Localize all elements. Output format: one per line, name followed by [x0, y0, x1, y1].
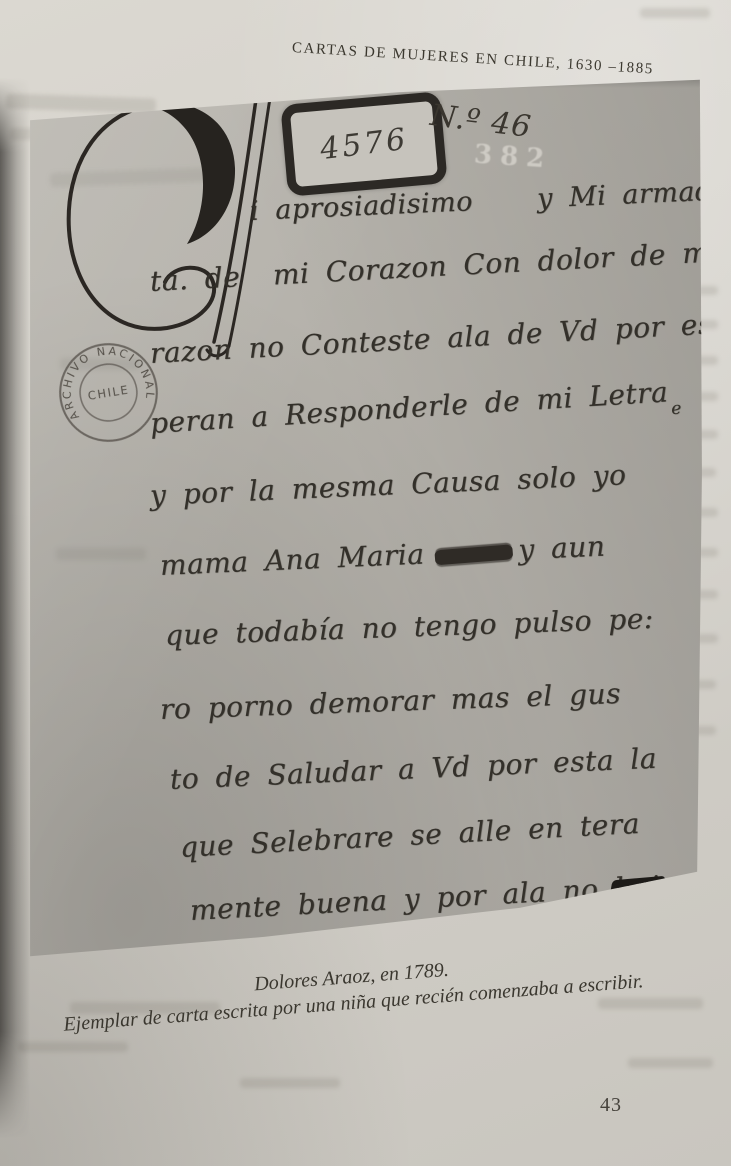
manuscript-line-11: mente buena y por ala no hai	[189, 869, 661, 927]
manuscript-line-5: y por la mesma Causa solo yo	[149, 458, 627, 512]
manuscript-line-10: que Selebrare se alle en tera	[179, 807, 640, 864]
running-header: CARTAS DE MUJERES EN CHILE, 1630 –1885	[291, 40, 681, 80]
document-number: N.º 46	[428, 98, 533, 145]
bleedthrough-smudge	[240, 1078, 340, 1088]
bleedthrough-smudge	[628, 1058, 713, 1068]
book-gutter-shadow	[0, 78, 30, 1138]
manuscript-line-9: to de Saludar a Vd por esta la	[169, 742, 657, 796]
bleedthrough-smudge	[598, 998, 703, 1009]
manuscript-photo: 4576 N.º 46 382 ARCHIVO NACIONAL CHILE i…	[26, 78, 706, 958]
initial-letter-m-flourish-icon	[51, 90, 281, 370]
archive-number-box: 4576	[280, 91, 447, 197]
manuscript-line-8: ro porno demorar mas el gus	[159, 677, 621, 726]
manuscript-line-6: mama Ana Mariay aun	[159, 530, 606, 582]
manuscript-line-6-text-a: mama Ana Maria	[159, 537, 425, 582]
manuscript-line-4-subscript: e	[671, 399, 683, 420]
bleedthrough-smudge	[640, 8, 710, 18]
faint-stamp-number: 382	[473, 139, 553, 174]
manuscript-line-6-text-b: y aun	[518, 530, 606, 567]
manuscript-line-4: peran a Responderle de mi Letrae	[149, 375, 682, 440]
manuscript-line-7: que todabía no tengo pulso pe:	[164, 602, 654, 652]
bleedthrough-smudge	[56, 548, 146, 560]
archive-number: 4576	[318, 121, 410, 167]
scribbled-out-word	[434, 544, 513, 565]
caption: Dolores Araoz, en 1789. Ejemplar de cart…	[34, 942, 671, 1038]
ink-blob	[609, 876, 666, 902]
book-page-photo: CARTAS DE MUJERES EN CHILE, 1630 –1885 4…	[0, 0, 731, 1166]
page-number: 43	[600, 1094, 622, 1117]
manuscript-line-4-text: peran a Responderle de mi Letra	[149, 375, 669, 440]
seal-center-text: CHILE	[87, 383, 130, 403]
ink-dot	[248, 940, 254, 946]
bleedthrough-smudge	[18, 1042, 128, 1052]
